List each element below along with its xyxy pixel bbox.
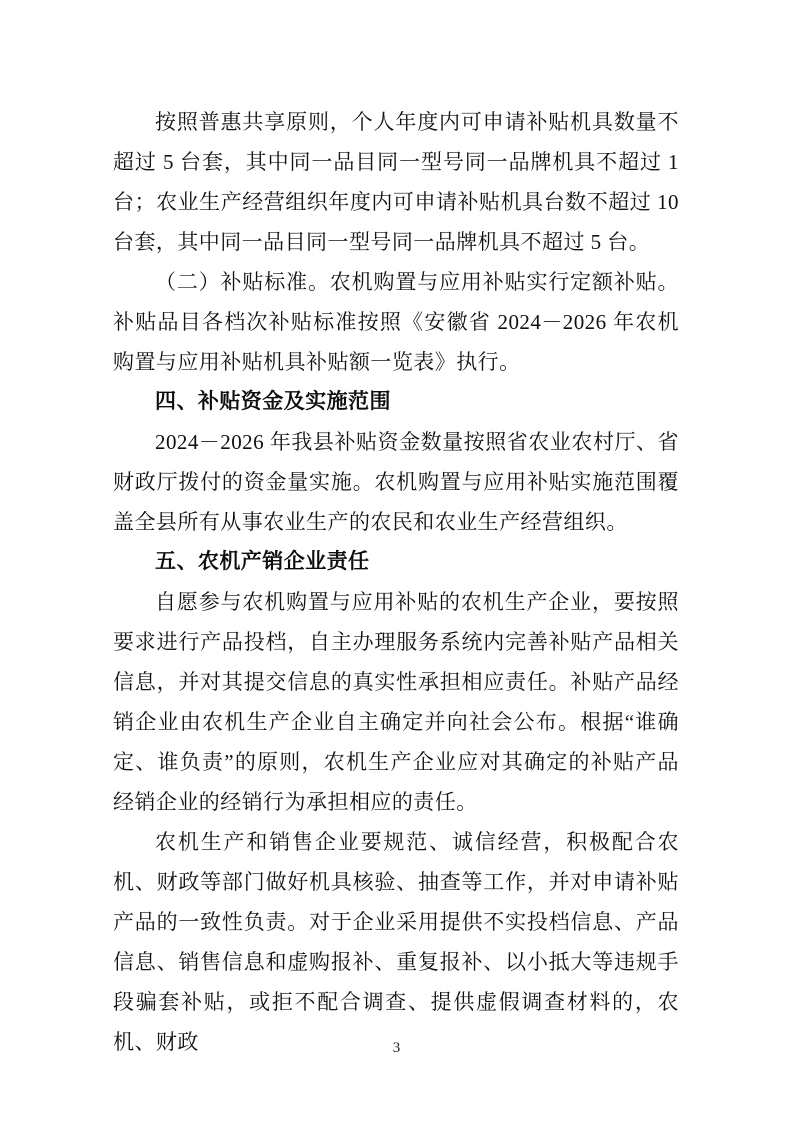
document-page: 按照普惠共享原则，个人年度内可申请补贴机具数量不超过 5 台套，其中同一品目同一… [0,0,793,1122]
paragraph-manufacturer-responsibility: 自愿参与农机购置与应用补贴的农机生产企业，要按照要求进行产品投档，自主办理服务系… [113,582,679,822]
paragraph-subsidy-standard: （二）补贴标准。农机购置与应用补贴实行定额补贴。补贴品目各档次补贴标准按照《安徽… [113,262,679,382]
section-heading-enterprise-responsibility: 五、农机产销企业责任 [113,542,679,582]
paragraph-funds-scope: 2024－2026 年我县补贴资金数量按照省农业农村厅、省财政厅拨付的资金量实施… [113,422,679,542]
document-body: 按照普惠共享原则，个人年度内可申请补贴机具数量不超过 5 台套，其中同一品目同一… [113,102,679,1062]
section-heading-funds-scope: 四、补贴资金及实施范围 [113,382,679,422]
paragraph-compliance-requirements: 农机生产和销售企业要规范、诚信经营，积极配合农机、财政等部门做好机具核验、抽查等… [113,822,679,1062]
page-number: 3 [0,1037,793,1059]
paragraph-subsidy-quantity: 按照普惠共享原则，个人年度内可申请补贴机具数量不超过 5 台套，其中同一品目同一… [113,102,679,262]
